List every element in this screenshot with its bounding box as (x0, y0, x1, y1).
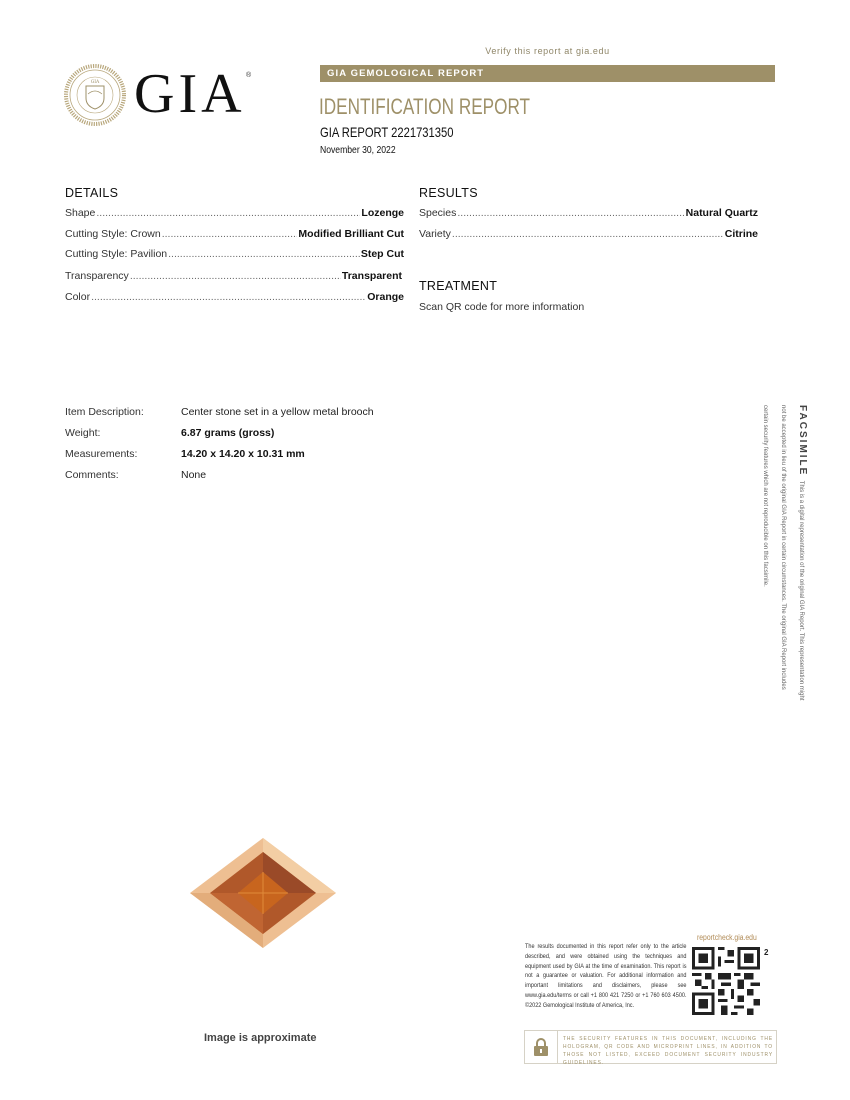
leader-dots (130, 270, 341, 282)
divider (557, 1031, 558, 1063)
image-caption: Image is approximate (204, 1032, 317, 1044)
treatment-heading: TREATMENT (419, 279, 497, 293)
details-row-crown: Cutting Style: Crown Modified Brilliant … (65, 228, 404, 244)
leader-dots (96, 207, 360, 219)
qr-code-icon[interactable] (692, 947, 760, 1015)
details-value: Transparent (342, 270, 402, 282)
results-value: Natural Quartz (686, 207, 758, 219)
facsimile-notice: FACSIMILE This is a digital representati… (781, 405, 813, 705)
lock-icon (533, 1038, 549, 1056)
details-label: Shape (65, 207, 95, 219)
leader-dots (457, 207, 684, 219)
security-text: THE SECURITY FEATURES IN THIS DOCUMENT, … (563, 1035, 773, 1067)
leader-dots (168, 248, 360, 260)
gia-wordmark-logo: GIA (134, 66, 246, 122)
details-value: Step Cut (361, 248, 404, 260)
svg-text:GIA: GIA (91, 79, 100, 85)
details-value: Modified Brilliant Cut (298, 228, 404, 240)
item-value: None (181, 469, 206, 481)
item-label: Weight: (65, 427, 100, 439)
item-value: Center stone set in a yellow metal brooc… (181, 406, 374, 418)
details-label: Cutting Style: Crown (65, 228, 161, 240)
item-value: 14.20 x 14.20 x 10.31 mm (181, 448, 305, 460)
details-label: Cutting Style: Pavilion (65, 248, 167, 260)
security-notice: THE SECURITY FEATURES IN THIS DOCUMENT, … (524, 1030, 777, 1064)
details-heading: DETAILS (65, 186, 118, 200)
details-value: Orange (367, 291, 404, 303)
page-number: 2 (764, 948, 768, 957)
leader-dots (91, 291, 366, 303)
results-label: Variety (419, 228, 451, 240)
details-label: Color (65, 291, 90, 303)
treatment-text: Scan QR code for more information (419, 301, 584, 313)
gia-seal-logo-icon: GIA (64, 64, 126, 126)
registered-mark: ® (246, 72, 251, 79)
results-label: Species (419, 207, 456, 219)
report-type-banner: GIA GEMOLOGICAL REPORT (320, 65, 775, 82)
leader-dots (452, 228, 724, 240)
details-row-shape: ShapeLozenge (65, 207, 404, 223)
item-label: Comments: (65, 469, 119, 481)
facsimile-title: FACSIMILE (797, 405, 808, 476)
results-heading: RESULTS (419, 186, 478, 200)
item-label: Item Description: (65, 406, 144, 418)
details-row-color: ColorOrange (65, 291, 404, 307)
gem-image (188, 836, 338, 950)
report-number: GIA REPORT 2221731350 (320, 124, 453, 140)
report-title: IDENTIFICATION REPORT (319, 94, 530, 120)
disclaimer-text: The results documented in this report re… (525, 942, 687, 1011)
details-label: Transparency (65, 270, 129, 282)
results-row-species: SpeciesNatural Quartz (419, 207, 758, 223)
leader-dots (162, 228, 298, 240)
item-label: Measurements: (65, 448, 137, 460)
results-row-variety: VarietyCitrine (419, 228, 758, 244)
details-row-transparency: Transparency Transparent (65, 270, 402, 286)
report-date: November 30, 2022 (320, 144, 396, 156)
reportcheck-link[interactable]: reportcheck.gia.edu (697, 933, 757, 942)
verify-link[interactable]: Verify this report at gia.edu (320, 46, 775, 56)
report-type-label: GIA GEMOLOGICAL REPORT (327, 68, 484, 79)
details-row-pavilion: Cutting Style: Pavilion Step Cut (65, 248, 404, 264)
details-value: Lozenge (361, 207, 404, 219)
item-value: 6.87 grams (gross) (181, 427, 274, 439)
results-value: Citrine (725, 228, 758, 240)
